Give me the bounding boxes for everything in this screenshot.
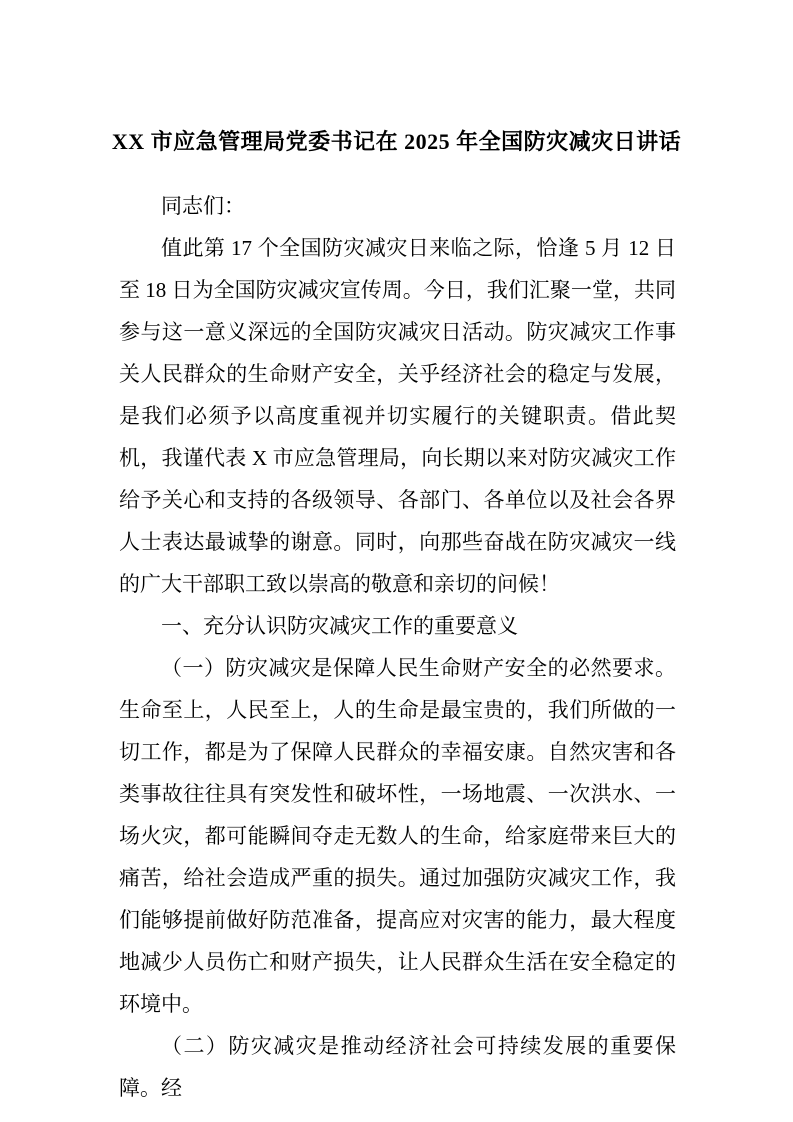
document-body: 同志们： 值此第 17 个全国防灾减灾日来临之际，恰逢 5 月 12 日至 18… [0,185,793,1109]
paragraph-section1-item2: （二）防灾减灾是推动经济社会可持续发展的重要保障。经 [119,1025,676,1109]
paragraph-section1-item1: （一）防灾减灾是保障人民生命财产安全的必然要求。生命至上，人民至上，人的生命是最… [119,647,676,1025]
salutation: 同志们： [119,185,676,227]
document-page: XX 市应急管理局党委书记在 2025 年全国防灾减灾日讲话 同志们： 值此第 … [0,0,793,1122]
paragraph-intro: 值此第 17 个全国防灾减灾日来临之际，恰逢 5 月 12 日至 18 日为全国… [119,227,676,605]
document-title: XX 市应急管理局党委书记在 2025 年全国防灾减灾日讲话 [0,0,793,163]
section-heading-1: 一、充分认识防灾减灾工作的重要意义 [119,605,676,647]
